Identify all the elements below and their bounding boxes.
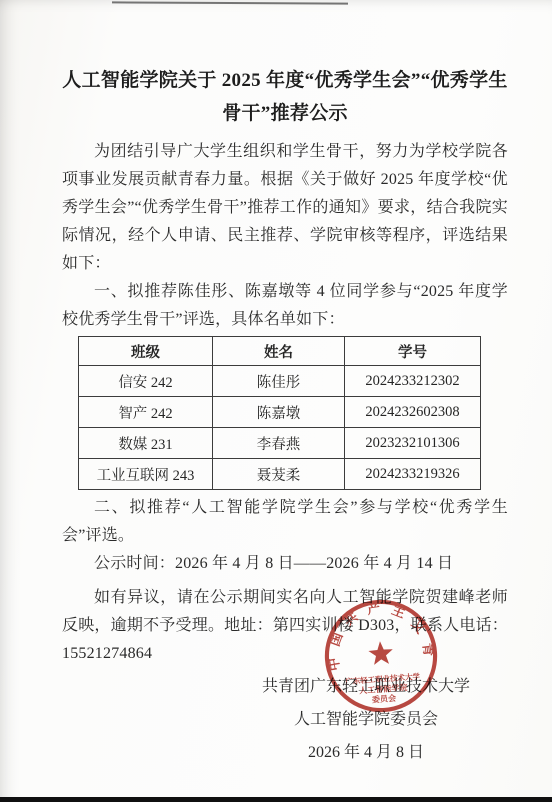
- signature-org-line1: 共青团广东轻工职业技术大学: [232, 670, 500, 703]
- signature-org-line2: 人工智能学院委员会: [232, 703, 500, 736]
- scan-artifact-bottom-bar: [0, 797, 552, 802]
- signature-block: 共青团广东轻工职业技术大学 人工智能学院委员会 2026 年 4 月 8 日: [232, 670, 500, 769]
- column-header-class: 班级: [79, 337, 213, 366]
- publicity-period: 公示时间：2026 年 4 月 8 日——2026 年 4 月 14 日: [62, 550, 508, 578]
- document-body: 人工智能学院关于 2025 年度“优秀学生会”“优秀学生骨干”推荐公示 为团结引…: [62, 64, 508, 769]
- column-header-student-id: 学号: [345, 337, 481, 366]
- cell-class: 数媒 231: [79, 428, 213, 459]
- signature-date: 2026 年 4 月 8 日: [232, 736, 500, 769]
- document-title: 人工智能学院关于 2025 年度“优秀学生会”“优秀学生骨干”推荐公示: [59, 64, 511, 130]
- table-row: 信安 242 陈佳彤 2024233212302: [79, 366, 481, 397]
- table-header-row: 班级 姓名 学号: [79, 337, 481, 366]
- cell-student-id: 2023232101306: [345, 428, 481, 459]
- table-row: 工业互联网 243 聂茇柔 2024233219326: [79, 459, 481, 490]
- cell-name: 聂茇柔: [213, 459, 345, 490]
- cell-class: 信安 242: [79, 366, 213, 397]
- item2-paragraph: 二、拟推荐“人工智能学院学生会”参与学校“优秀学生会”评选。: [62, 494, 508, 550]
- column-header-name: 姓名: [213, 337, 345, 366]
- cell-student-id: 2024232602308: [345, 397, 481, 428]
- cell-name: 陈嘉墩: [213, 397, 345, 428]
- scan-artifact-top-line: [112, 1, 348, 4]
- cell-student-id: 2024233219326: [345, 459, 481, 490]
- table-row: 数媒 231 李春燕 2023232101306: [79, 428, 481, 459]
- cell-student-id: 2024233212302: [345, 366, 481, 397]
- cell-name: 陈佳彤: [213, 366, 345, 397]
- recommended-students-table: 班级 姓名 学号 信安 242 陈佳彤 2024233212302 智产 242…: [78, 336, 481, 490]
- cell-name: 李春燕: [213, 428, 345, 459]
- item1-paragraph: 一、拟推荐陈佳彤、陈嘉墩等 4 位同学参与“2025 年度学校优秀学生骨干”评选…: [62, 278, 508, 334]
- cell-class: 智产 242: [79, 397, 213, 428]
- table-row: 智产 242 陈嘉墩 2024232602308: [79, 397, 481, 428]
- scanned-document-page: 人工智能学院关于 2025 年度“优秀学生会”“优秀学生骨干”推荐公示 为团结引…: [0, 0, 552, 802]
- cell-class: 工业互联网 243: [79, 459, 213, 490]
- intro-paragraph: 为团结引导广大学生组织和学生骨干，努力为学校学院各项事业发展贡献青春力量。根据《…: [62, 138, 508, 278]
- objection-paragraph: 如有异议，请在公示期间实名向人工智能学院贺建峰老师反映，逾期不予受理。地址：第四…: [62, 584, 508, 668]
